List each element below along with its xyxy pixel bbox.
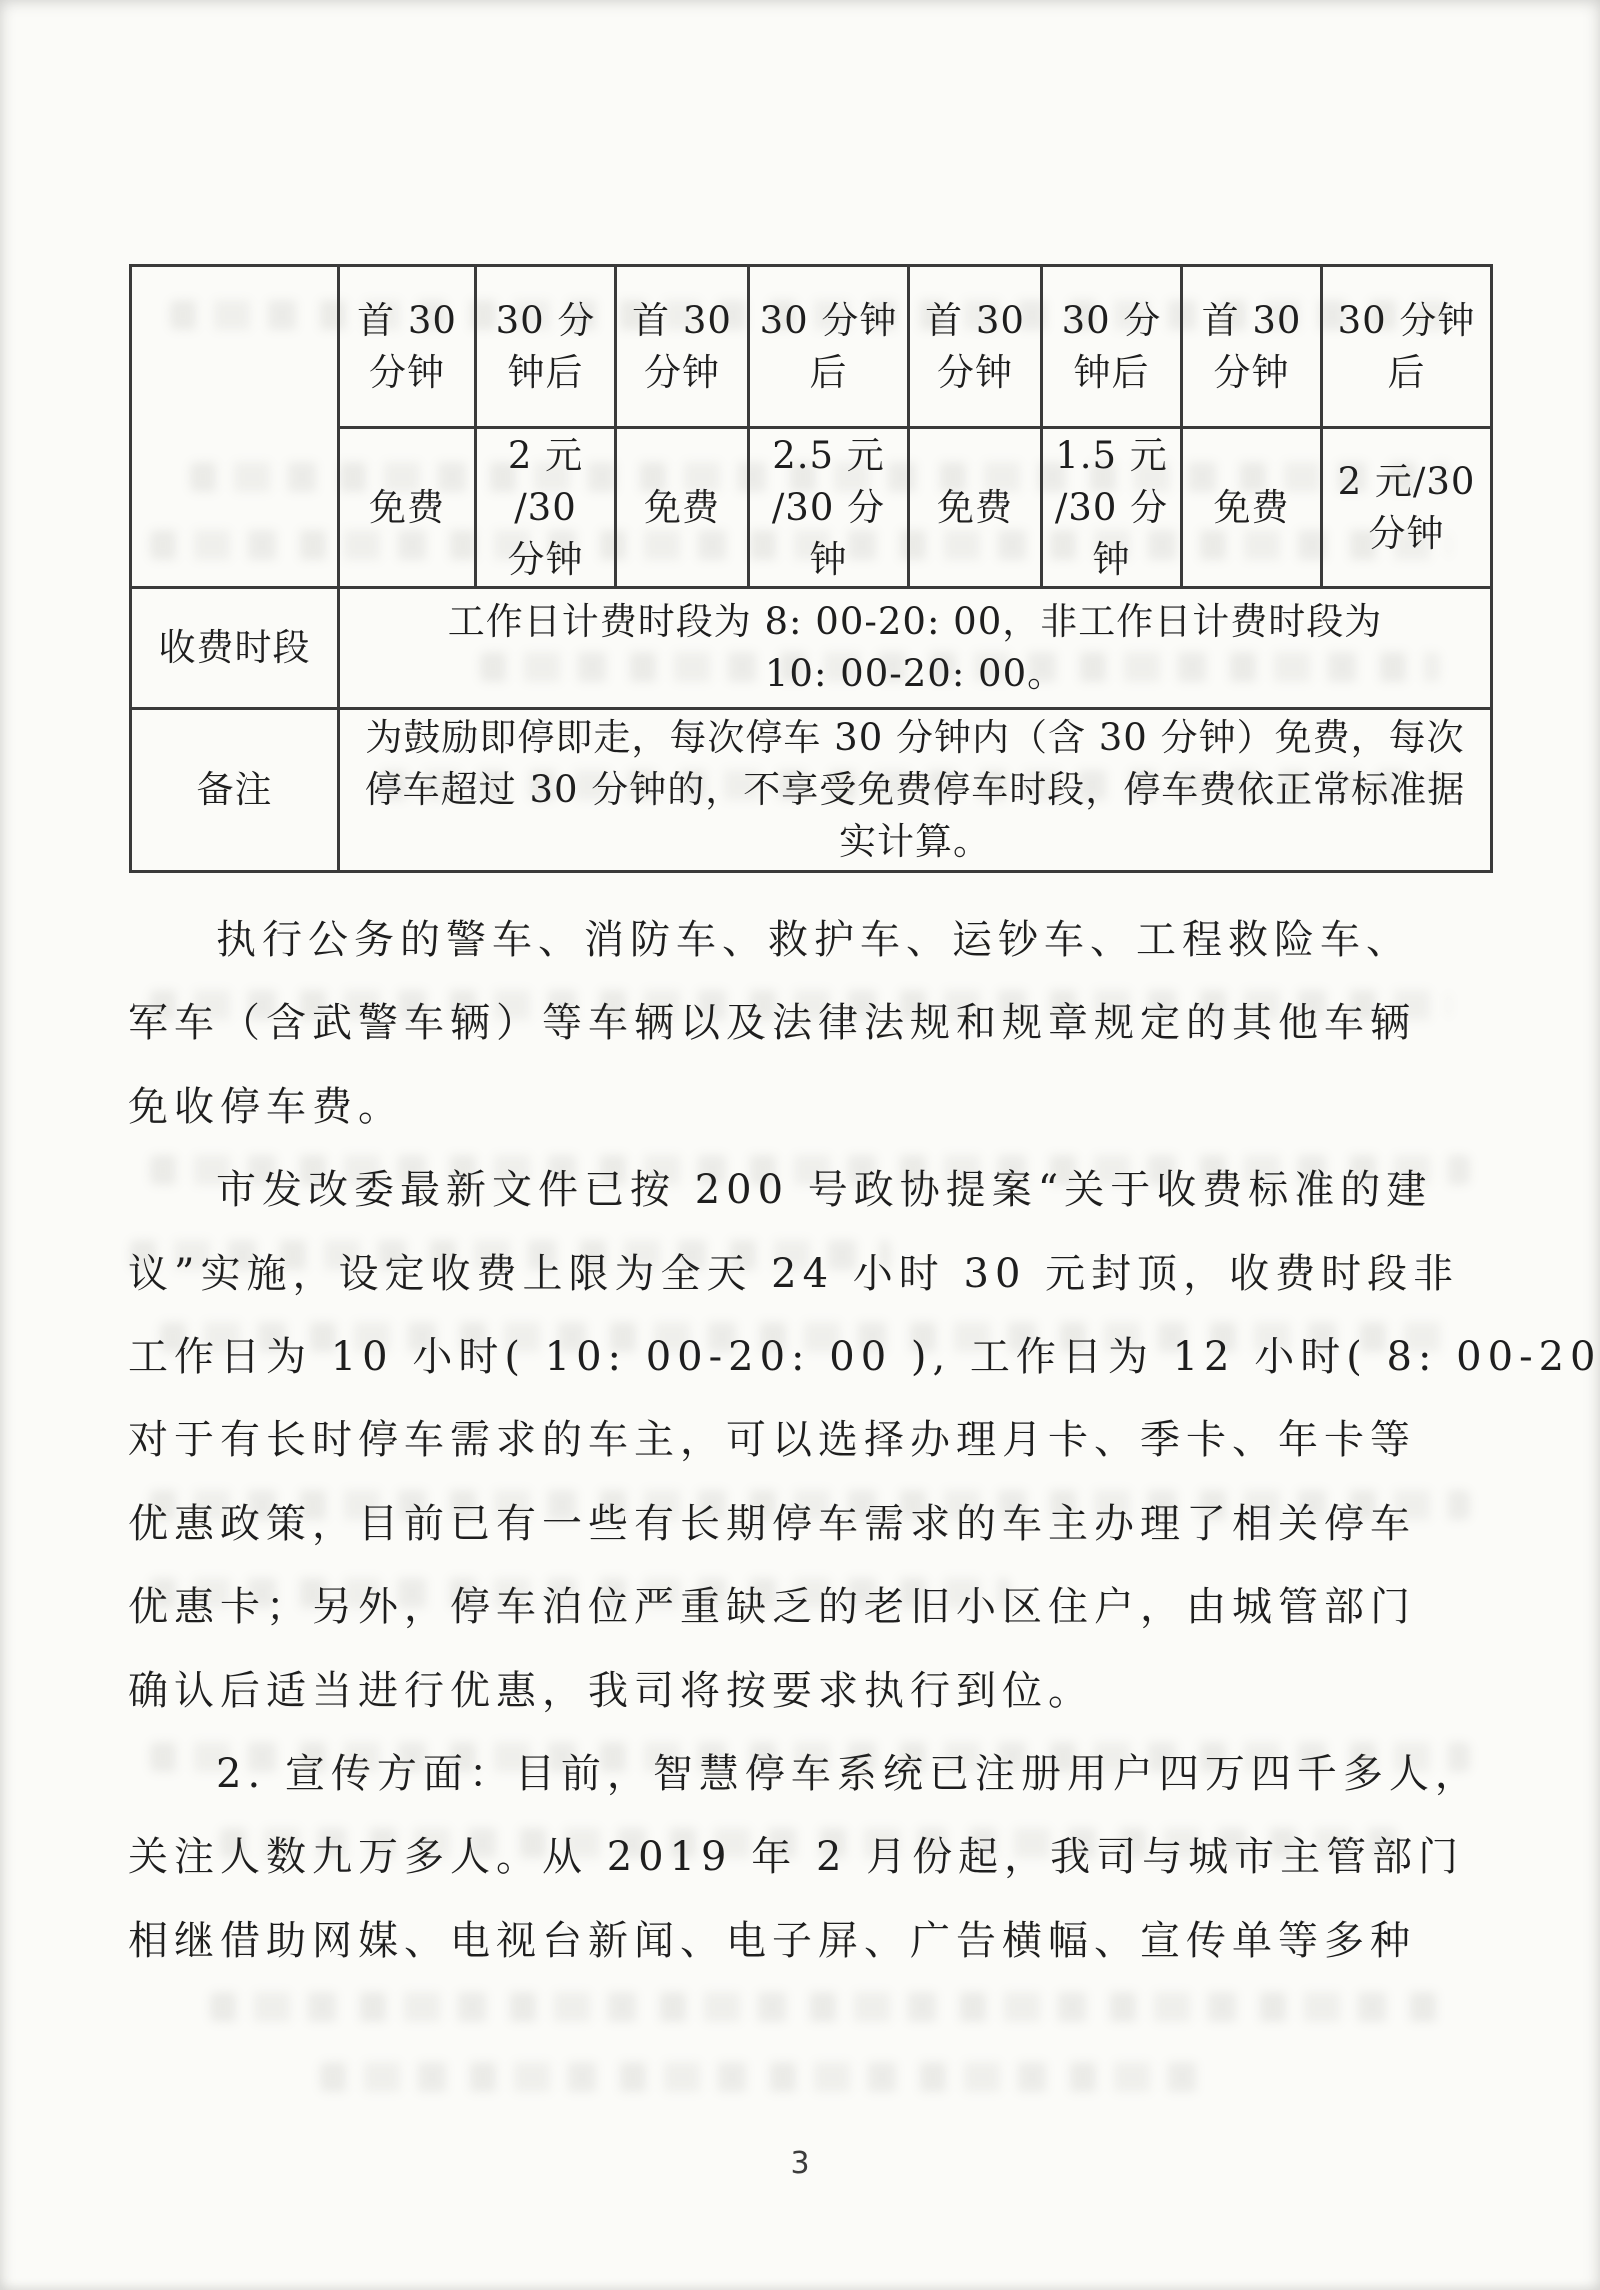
row-content-remarks: 为鼓励即停即走，每次停车 30 分钟内（含 30 分钟）免费，每次 停车超过 3… xyxy=(339,709,1492,872)
row-label-charging-period: 收费时段 xyxy=(131,588,339,709)
table-row-remarks: 备注 为鼓励即停即走，每次停车 30 分钟内（含 30 分钟）免费，每次 停车超… xyxy=(131,709,1492,872)
row-label-remarks: 备注 xyxy=(131,709,339,872)
body-line: 议”实施，设定收费上限为全天 24 小时 30 元封顶，收费时段非 xyxy=(128,1233,1484,1316)
fee-cell-rate: 1.5 元 /30 分 钟 xyxy=(1042,428,1182,588)
body-line: 相继借助网媒、电视台新闻、电子屏、广告横幅、宣传单等多种 xyxy=(128,1900,1484,1983)
document-body: 执行公务的警车、消防车、救护车、运钞车、工程救险车、 军车（含武警车辆）等车辆以… xyxy=(128,899,1484,1983)
header-cell-first30: 首 30 分钟 xyxy=(339,266,476,428)
fee-cell-rate: 2 元/30 分钟 xyxy=(1322,428,1492,588)
body-line: 关注人数九万多人。从 2019 年 2 月份起，我司与城市主管部门 xyxy=(128,1816,1484,1899)
body-line: 优惠卡；另外，停车泊位严重缺乏的老旧小区住户，由城管部门 xyxy=(128,1566,1484,1649)
table-header-row: 首 30 分钟 30 分 钟后 首 30 分钟 30 分钟 后 首 30 分钟 … xyxy=(131,266,1492,428)
body-line: 优惠政策，目前已有一些有长期停车需求的车主办理了相关停车 xyxy=(128,1483,1484,1566)
page-number: 3 xyxy=(0,2146,1600,2181)
header-cell-after30: 30 分钟 后 xyxy=(1322,266,1492,428)
header-cell-after30: 30 分 钟后 xyxy=(476,266,616,428)
bleed-through-artifact xyxy=(320,2062,1220,2092)
body-line: 市发改委最新文件已按 200 号政协提案“关于收费标准的建 xyxy=(128,1149,1484,1232)
scanned-document-page: 首 30 分钟 30 分 钟后 首 30 分钟 30 分钟 后 首 30 分钟 … xyxy=(0,0,1600,2290)
header-cell-first30: 首 30 分钟 xyxy=(616,266,749,428)
header-cell-first30: 首 30 分钟 xyxy=(909,266,1042,428)
body-line: 2. 宣传方面：目前，智慧停车系统已注册用户四万四千多人， xyxy=(128,1733,1484,1816)
fee-cell-free: 免费 xyxy=(1182,428,1322,588)
table-row-charging-period: 收费时段 工作日计费时段为 8: 00-20: 00，非工作日计费时段为 10:… xyxy=(131,588,1492,709)
body-line: 确认后适当进行优惠，我司将按要求执行到位。 xyxy=(128,1650,1484,1733)
fee-cell-free: 免费 xyxy=(339,428,476,588)
fee-cell-free: 免费 xyxy=(616,428,749,588)
bleed-through-artifact xyxy=(210,1992,1450,2022)
body-line: 执行公务的警车、消防车、救护车、运钞车、工程救险车、 xyxy=(128,899,1484,982)
fee-cell-rate: 2.5 元 /30 分 钟 xyxy=(749,428,909,588)
header-cell-after30: 30 分 钟后 xyxy=(1042,266,1182,428)
fee-cell-free: 免费 xyxy=(909,428,1042,588)
row-content-charging-period: 工作日计费时段为 8: 00-20: 00，非工作日计费时段为 10: 00-2… xyxy=(339,588,1492,709)
body-line: 工作日为 10 小时( 10: 00-20: 00 ), 工作日为 12 小时(… xyxy=(128,1316,1484,1399)
header-cell-first30: 首 30 分钟 xyxy=(1182,266,1322,428)
fee-cell-rate: 2 元 /30 分钟 xyxy=(476,428,616,588)
parking-fee-table: 首 30 分钟 30 分 钟后 首 30 分钟 30 分钟 后 首 30 分钟 … xyxy=(129,264,1493,873)
body-line: 军车（含武警车辆）等车辆以及法律法规和规章规定的其他车辆 xyxy=(128,982,1484,1065)
body-line: 免收停车费。 xyxy=(128,1066,1484,1149)
table-corner-cell xyxy=(131,266,339,588)
body-line: 对于有长时停车需求的车主，可以选择办理月卡、季卡、年卡等 xyxy=(128,1399,1484,1482)
header-cell-after30: 30 分钟 后 xyxy=(749,266,909,428)
